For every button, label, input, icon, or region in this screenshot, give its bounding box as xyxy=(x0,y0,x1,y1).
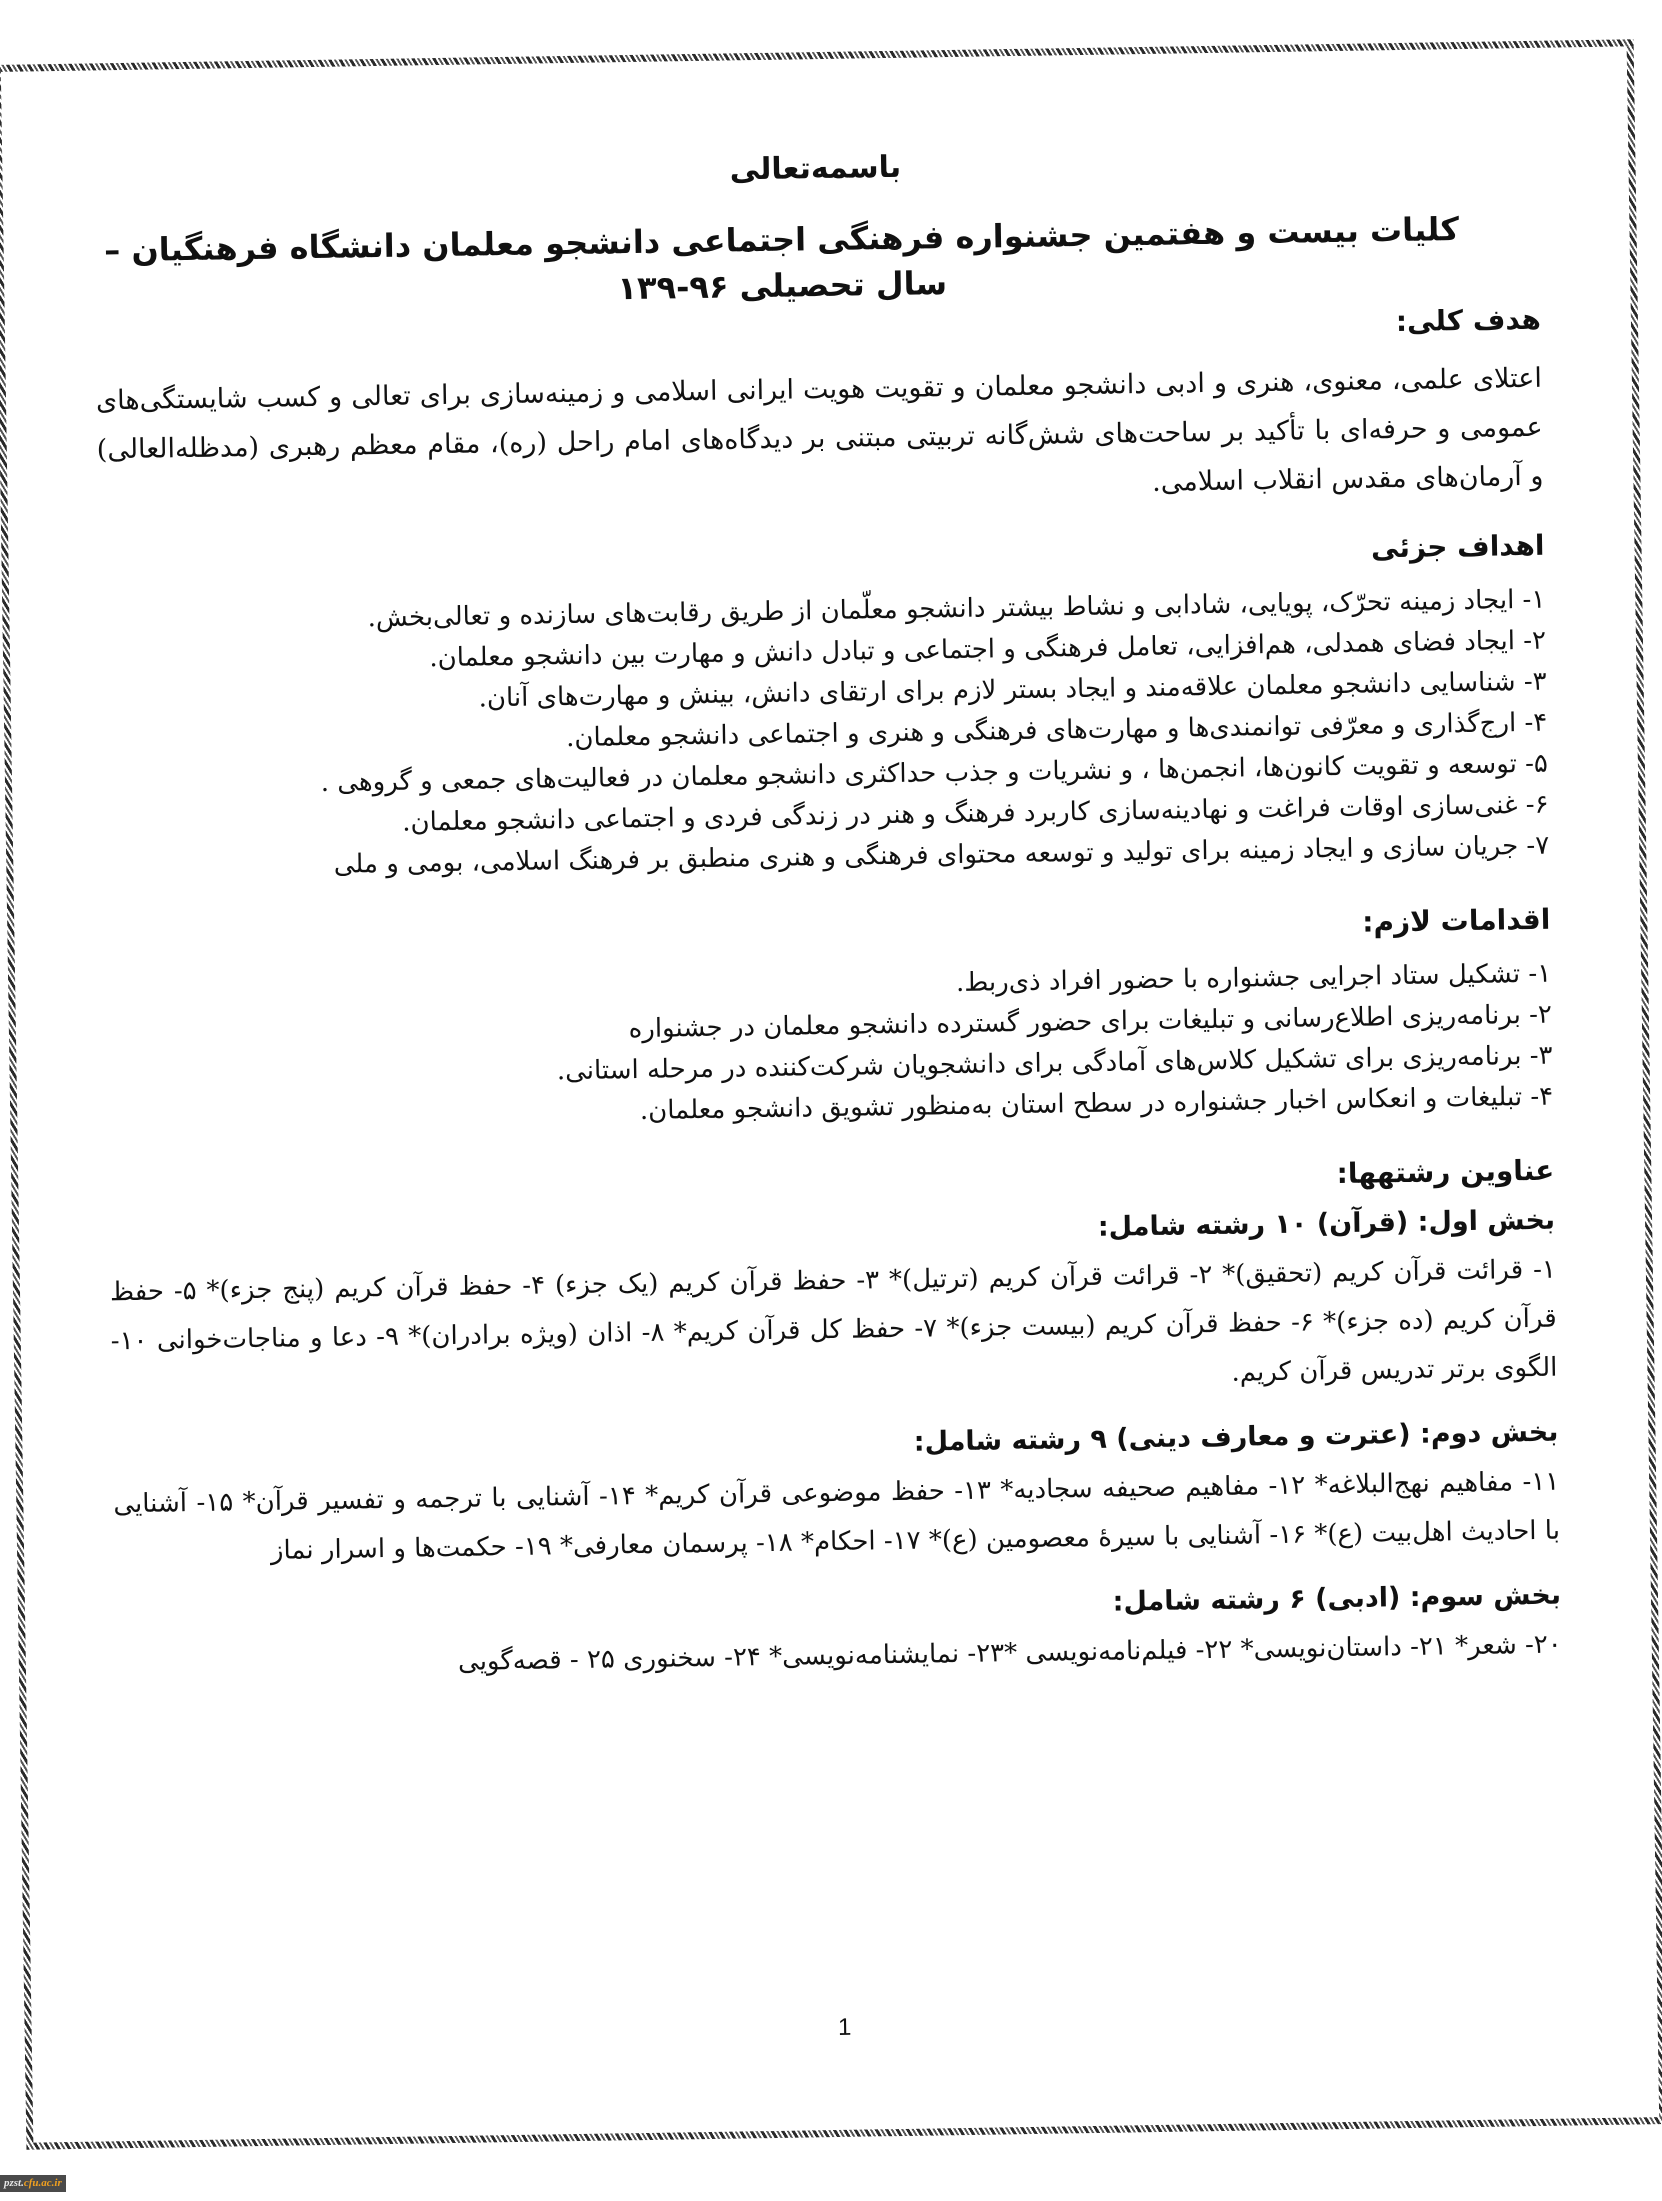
required-actions-list: ۱- تشکیل ستاد اجرایی جشنواره با حضور افر… xyxy=(105,954,1553,1141)
page-border-frame: باسمه‌تعالی کلیات بیست و هفتمین جشنواره … xyxy=(0,39,1662,2150)
fields-subsection-quran: بخش اول: (قرآن) ۱۰ رشته شامل: ۱- قرائت ق… xyxy=(109,1205,1558,1416)
specific-goals-heading: اهداف جزئی xyxy=(98,529,1544,585)
fields-subsection-religious: بخش دوم: (عترت و معارف دینی) ۹ رشته شامل… xyxy=(112,1417,1560,1579)
required-actions-section: اقدامات لازم: ۱- تشکیل ستاد اجرایی جشنوا… xyxy=(104,903,1553,1141)
general-goal-text: اعتلای علمی، معنوی، هنری و ادبی دانشجو م… xyxy=(96,354,1544,524)
general-goal-section: هدف کلی: اعتلای علمی، معنوی، هنری و ادبی… xyxy=(95,303,1544,524)
watermark-domain: cfu.ac.ir xyxy=(24,2177,62,2189)
document-content: باسمه‌تعالی کلیات بیست و هفتمین جشنواره … xyxy=(91,88,1568,2101)
literary-fields-text: ۲۰- شعر* ۲۱- داستان‌نویسی* ۲۲- فیلم‌نامه… xyxy=(116,1621,1563,1693)
fields-subsection-literary: بخش سوم: (ادبی) ۶ رشته شامل: ۲۰- شعر* ۲۱… xyxy=(115,1580,1562,1693)
required-actions-heading: اقدامات لازم: xyxy=(104,903,1550,959)
basmala-heading: باسمه‌تعالی xyxy=(92,140,1538,198)
site-watermark: pzst.cfu.ac.ir xyxy=(0,2175,66,2192)
quran-fields-text: ۱- قرائت قرآن کریم (تحقیق)* ۲- قرائت قرآ… xyxy=(110,1246,1558,1416)
fields-section: عناوین رشتهها: بخش اول: (قرآن) ۱۰ رشته ش… xyxy=(108,1154,1562,1693)
fields-heading: عناوین رشتهها: xyxy=(108,1154,1554,1210)
watermark-prefix: pzst. xyxy=(4,2177,24,2189)
document-title: کلیات بیست و هفتمین جشنواره فرهنگی اجتما… xyxy=(93,205,1540,320)
specific-goals-list: ۱- ایجاد زمینه تحرّک، پویایی، شادابی و ن… xyxy=(99,580,1549,890)
religious-fields-text: ۱۱- مفاهیم نهج‌البلاغه* ۱۲- مفاهیم صحیفه… xyxy=(113,1458,1560,1579)
specific-goals-section: اهداف جزئی ۱- ایجاد زمینه تحرّک، پویایی،… xyxy=(98,529,1549,890)
